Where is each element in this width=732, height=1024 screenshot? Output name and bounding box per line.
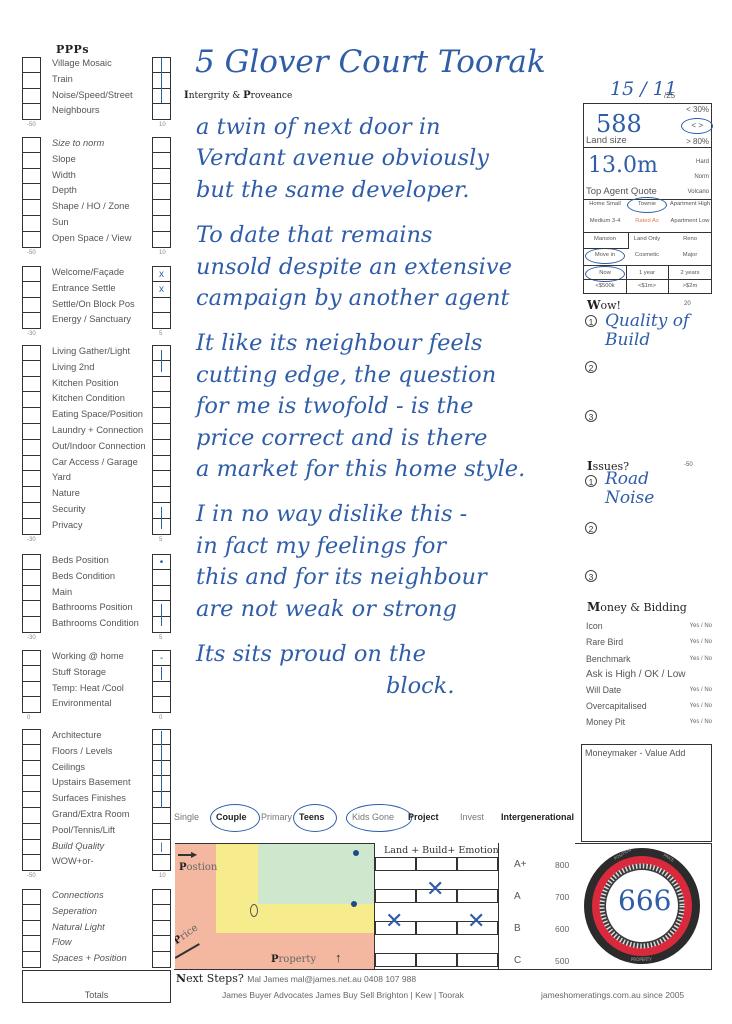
handwritten-mark bbox=[153, 153, 170, 168]
handwritten-x-mark: ✕ bbox=[426, 879, 444, 901]
property-option[interactable]: Apartment High bbox=[669, 201, 711, 207]
wow-title: Wow! bbox=[587, 298, 621, 312]
score-box-right[interactable] bbox=[152, 697, 171, 713]
score-box-left[interactable] bbox=[22, 761, 41, 777]
score-box-left[interactable] bbox=[22, 89, 41, 105]
score-box-left[interactable] bbox=[22, 153, 41, 169]
lbe-cell[interactable] bbox=[375, 889, 416, 903]
yes-no-choice[interactable]: Yes / No bbox=[690, 623, 712, 629]
yes-no-choice[interactable]: Yes / No bbox=[690, 703, 712, 709]
checklist-row: Nature bbox=[22, 487, 174, 503]
score-box-left[interactable] bbox=[22, 471, 41, 487]
score-box-left[interactable] bbox=[22, 840, 41, 856]
checklist-label: Temp: Heat /Cool bbox=[52, 683, 124, 693]
property-option[interactable]: Home Small bbox=[584, 201, 626, 207]
group-min-score: -30 bbox=[27, 537, 36, 543]
selection-circle bbox=[585, 248, 625, 264]
arrow-up-icon: ↑ bbox=[335, 950, 342, 965]
checklist-row: Stuff Storage bbox=[22, 666, 174, 682]
wow-score: 20 bbox=[684, 301, 691, 307]
score-box-right[interactable] bbox=[152, 313, 171, 329]
household-option[interactable]: Invest bbox=[460, 812, 484, 822]
score-box-left[interactable] bbox=[22, 361, 41, 377]
checklist-label: Bathrooms Position bbox=[52, 602, 133, 612]
group-max-score: 5 bbox=[159, 635, 162, 641]
checklist-label: Noise/Speed/Street bbox=[52, 90, 133, 100]
score-box-left[interactable] bbox=[22, 392, 41, 408]
checklist-group: Living Gather/LightLiving 2ndKitchen Pos… bbox=[22, 345, 174, 535]
wow-item-3-number: 3 bbox=[585, 410, 597, 422]
checklist-label: Width bbox=[52, 170, 76, 180]
score-box-left[interactable] bbox=[22, 169, 41, 185]
handwritten-mark bbox=[153, 377, 170, 392]
score-box-right[interactable] bbox=[152, 824, 171, 840]
group-max-score: 10 bbox=[159, 122, 166, 128]
checklist-row: Beds Condition bbox=[22, 570, 174, 586]
checklist-label: Beds Position bbox=[52, 555, 109, 565]
checklist-label: Main bbox=[52, 587, 72, 597]
score-box-left[interactable] bbox=[22, 503, 41, 519]
score-box-right[interactable] bbox=[152, 408, 171, 424]
score-box-left[interactable] bbox=[22, 936, 41, 952]
household-option[interactable]: Intergenerational bbox=[501, 812, 574, 822]
score-box-left[interactable] bbox=[22, 889, 41, 905]
score-box-left[interactable] bbox=[22, 682, 41, 698]
grade-score: 500 bbox=[555, 956, 569, 966]
lbe-title: Land + Build+ Emotion bbox=[384, 845, 499, 856]
score-box-right[interactable] bbox=[152, 808, 171, 824]
score-box-right[interactable] bbox=[152, 184, 171, 200]
checklist-row: Floors / Levels bbox=[22, 745, 174, 761]
score-box-right[interactable] bbox=[152, 921, 171, 937]
checklist-label: Open Space / View bbox=[52, 233, 131, 243]
note-line: It like its neighbour feels bbox=[196, 328, 586, 359]
money-row-label: Overcapitalised bbox=[586, 701, 647, 711]
checklist-row: Surfaces Finishes bbox=[22, 792, 174, 808]
property-option[interactable]: Land Only bbox=[626, 236, 668, 242]
land-gt: > 80% bbox=[686, 137, 709, 146]
score-box-left[interactable] bbox=[22, 554, 41, 570]
score-box-left[interactable] bbox=[22, 729, 41, 745]
checklist-group: Village MosaicTrainNoise/Speed/StreetNei… bbox=[22, 57, 174, 120]
score-box-left[interactable] bbox=[22, 313, 41, 329]
score-box-right[interactable] bbox=[152, 889, 171, 905]
score-box-right[interactable] bbox=[152, 232, 171, 248]
handwritten-mark bbox=[153, 586, 170, 601]
checklist-row: Energy / Sanctuary bbox=[22, 313, 174, 329]
property-option[interactable]: Mansion bbox=[584, 236, 626, 242]
checklist-group: Beds Position•Beds ConditionMainBathroom… bbox=[22, 554, 174, 633]
handwritten-mark: x bbox=[153, 282, 170, 297]
score-box-right[interactable] bbox=[152, 456, 171, 472]
checklist-row: Build Quality| bbox=[22, 840, 174, 856]
score-box-left[interactable] bbox=[22, 792, 41, 808]
checklist-row: Ceilings bbox=[22, 761, 174, 777]
property-option[interactable]: <$500k bbox=[584, 283, 626, 289]
score-box-left[interactable] bbox=[22, 601, 41, 617]
checklist-group: Working @ home-Stuff StorageTemp: Heat /… bbox=[22, 650, 174, 713]
ppps-title: PPPs bbox=[56, 43, 89, 56]
grid-divider bbox=[626, 265, 627, 293]
note-line: To date that remains bbox=[196, 220, 586, 251]
score-box-left[interactable] bbox=[22, 282, 41, 298]
checklist-row: Environmental bbox=[22, 697, 174, 713]
group-min-score: -50 bbox=[27, 873, 36, 879]
grid-divider bbox=[668, 265, 669, 293]
checklist-row: Living Gather/Light bbox=[22, 345, 174, 361]
group-min-score: 0 bbox=[27, 715, 30, 721]
grade-score: 700 bbox=[555, 892, 569, 902]
score-box-left[interactable] bbox=[22, 586, 41, 602]
note-line: campaign by another agent bbox=[196, 283, 586, 314]
score-box-right[interactable] bbox=[152, 440, 171, 456]
checklist-label: Eating Space/Position bbox=[52, 409, 143, 419]
lbe-cell[interactable] bbox=[375, 857, 416, 871]
score-box-left[interactable] bbox=[22, 216, 41, 232]
property-type-grid: Home SmallTownieApartment HighMedium 3-4… bbox=[584, 199, 711, 293]
checklist-row: Noise/Speed/Street bbox=[22, 89, 174, 105]
yes-no-choice[interactable]: Yes / No bbox=[690, 687, 712, 693]
note-line: price correct and is there bbox=[196, 423, 586, 454]
score-box-left[interactable] bbox=[22, 921, 41, 937]
checklist-row: Sun bbox=[22, 216, 174, 232]
score-box-left[interactable] bbox=[22, 570, 41, 586]
handwritten-mark bbox=[153, 169, 170, 184]
household-option[interactable]: Primary bbox=[261, 812, 292, 822]
yes-no-choice[interactable]: Yes / No bbox=[690, 656, 712, 662]
score-box-right[interactable] bbox=[152, 936, 171, 952]
chart-dot bbox=[353, 850, 359, 856]
checklist-row: Shape / HO / Zone bbox=[22, 200, 174, 216]
checklist-label: Surfaces Finishes bbox=[52, 793, 126, 803]
score-box-left[interactable] bbox=[22, 952, 41, 968]
handwritten-mark bbox=[153, 408, 170, 423]
grid-divider bbox=[628, 232, 629, 248]
lbe-cell[interactable] bbox=[457, 889, 498, 903]
handwritten-mark bbox=[153, 184, 170, 199]
group-min-score: -30 bbox=[27, 635, 36, 641]
score-box-left[interactable] bbox=[22, 666, 41, 682]
handwritten-mark bbox=[153, 424, 170, 439]
issues-item-1-number: 1 bbox=[585, 475, 597, 487]
dial-box: POSITION PRICE PROPERTY 666 bbox=[575, 843, 712, 970]
group-max-score: 5 bbox=[159, 537, 162, 543]
website-line[interactable]: jameshomeratings.com.au since 2005 bbox=[541, 990, 684, 1000]
money-row: Money PitYes / No bbox=[586, 717, 712, 727]
land-size-section: 588 Land size < 30% < > > 80% bbox=[584, 104, 711, 148]
checklist-label: Kitchen Position bbox=[52, 378, 119, 388]
checklist-label: Sun bbox=[52, 217, 69, 227]
checklist-row: Settle/On Block Pos bbox=[22, 298, 174, 314]
checklist-row: Village Mosaic bbox=[22, 57, 174, 73]
score-box-left[interactable] bbox=[22, 697, 41, 713]
checklist-row: Flow bbox=[22, 936, 174, 952]
checklist-row: Open Space / View bbox=[22, 232, 174, 248]
score-box-left[interactable] bbox=[22, 298, 41, 314]
selection-circle bbox=[210, 804, 260, 832]
property-option[interactable]: Medium 3-4 bbox=[584, 218, 626, 224]
quote-value: 13.0m bbox=[588, 153, 658, 178]
score-box-right[interactable] bbox=[152, 424, 171, 440]
note-line: a market for this home style. bbox=[196, 454, 586, 485]
handwritten-mark bbox=[153, 570, 170, 585]
score-box-right[interactable]: - bbox=[152, 650, 171, 666]
grade-label: A bbox=[514, 891, 521, 902]
score-box-left[interactable] bbox=[22, 808, 41, 824]
score-box-left[interactable] bbox=[22, 456, 41, 472]
checklist-row: Depth bbox=[22, 184, 174, 200]
checklist-row: Spaces + Position bbox=[22, 952, 174, 968]
money-row-label: Icon bbox=[586, 621, 603, 631]
checklist-label: Beds Condition bbox=[52, 571, 115, 581]
handwritten-mark bbox=[153, 456, 170, 471]
checklist-row: Width bbox=[22, 169, 174, 185]
next-steps: Next Steps? Mal James mal@james.net.au 0… bbox=[176, 972, 416, 985]
score-box-left[interactable] bbox=[22, 73, 41, 89]
handwritten-mark bbox=[153, 200, 170, 215]
checklist-row: Beds Position• bbox=[22, 554, 174, 570]
note-line: are not weak or strong bbox=[196, 594, 586, 625]
score-box-left[interactable] bbox=[22, 440, 41, 456]
property-option[interactable]: >$2m bbox=[669, 283, 711, 289]
note-line: this and for its neighbour bbox=[196, 562, 586, 593]
checklist-label: Size to norm bbox=[52, 138, 104, 148]
dial-value-handwritten: 666 bbox=[618, 884, 671, 917]
moneymaker-box[interactable]: Moneymaker - Value Add bbox=[581, 744, 712, 842]
score-box-left[interactable] bbox=[22, 487, 41, 503]
score-box-right[interactable] bbox=[152, 298, 171, 314]
checklist-label: Architecture bbox=[52, 730, 102, 740]
checklist-row: Slope bbox=[22, 153, 174, 169]
checklist-label: Grand/Extra Room bbox=[52, 809, 130, 819]
score-box-left[interactable] bbox=[22, 519, 41, 535]
company-line: James Buyer Advocates James Buy Sell Bri… bbox=[222, 990, 464, 1000]
handwritten-mark bbox=[153, 104, 170, 119]
score-box-right[interactable] bbox=[152, 104, 171, 120]
property-label: Property bbox=[271, 954, 316, 965]
issues-item-2-number: 2 bbox=[585, 522, 597, 534]
totals-box[interactable]: Totals bbox=[22, 970, 171, 1003]
checklist-row: WOW+or- bbox=[22, 855, 174, 871]
checklist-row: Connections bbox=[22, 889, 174, 905]
address-handwritten: 5 Glover Court Toorak bbox=[195, 44, 546, 80]
money-row: IconYes / No bbox=[586, 621, 712, 631]
checklist-row: Security bbox=[22, 503, 174, 519]
score-box-left[interactable] bbox=[22, 57, 41, 73]
score-box-right[interactable] bbox=[152, 137, 171, 153]
checklist-label: Energy / Sanctuary bbox=[52, 314, 131, 324]
note-line: in fact my feelings for bbox=[196, 531, 586, 562]
checklist-group: ArchitectureFloors / LevelsCeilingsUpsta… bbox=[22, 729, 174, 871]
handwritten-x-mark: ✕ bbox=[467, 911, 485, 933]
money-bidding-title: Money & Bidding bbox=[587, 600, 687, 614]
score-box-left[interactable] bbox=[22, 617, 41, 633]
yes-no-choice[interactable]: Yes / No bbox=[690, 639, 712, 645]
handwritten-mark bbox=[153, 471, 170, 486]
group-max-score: 5 bbox=[159, 331, 162, 337]
property-summary-panel: 588 Land size < 30% < > > 80% 13.0m Top … bbox=[583, 103, 712, 294]
score-box-left[interactable] bbox=[22, 855, 41, 871]
handwritten-mark bbox=[153, 824, 170, 839]
checklist-row: Car Access / Garage bbox=[22, 456, 174, 472]
land-size-value: 588 bbox=[596, 110, 642, 138]
score-box-left[interactable] bbox=[22, 824, 41, 840]
lbe-cell[interactable] bbox=[416, 953, 457, 967]
score-box-right[interactable] bbox=[152, 153, 171, 169]
handwritten-stroke bbox=[161, 507, 162, 529]
score-box-left[interactable] bbox=[22, 905, 41, 921]
grade-score: 600 bbox=[555, 924, 569, 934]
score-box-right[interactable] bbox=[152, 586, 171, 602]
checklist-row: Natural Light bbox=[22, 921, 174, 937]
wow-item-1-text: Quality of Build bbox=[605, 312, 715, 350]
score-box-right[interactable]: • bbox=[152, 554, 171, 570]
checklist-row: Neighbours bbox=[22, 104, 174, 120]
score-box-right[interactable] bbox=[152, 377, 171, 393]
checklist-label: Depth bbox=[52, 185, 77, 195]
handwritten-stroke bbox=[161, 57, 162, 103]
note-line: cutting edge, the question bbox=[196, 360, 586, 391]
checklist-label: Laundry + Connection bbox=[52, 425, 143, 435]
checklist-row: Bathrooms Condition bbox=[22, 617, 174, 633]
note-line: unsold despite an extensive bbox=[196, 252, 586, 283]
score-box-right[interactable] bbox=[152, 855, 171, 871]
property-option[interactable]: 1 year bbox=[626, 270, 668, 276]
property-option[interactable]: Rated As bbox=[626, 218, 668, 224]
group-max-score: 10 bbox=[159, 250, 166, 256]
land-lt: < 30% bbox=[686, 105, 709, 114]
handwritten-stroke bbox=[161, 350, 162, 372]
score-box-right[interactable] bbox=[152, 570, 171, 586]
checklist-group: Size to normSlopeWidthDepthShape / HO / … bbox=[22, 137, 174, 248]
quote-hard: Hard bbox=[696, 159, 709, 165]
score-box-right[interactable] bbox=[152, 216, 171, 232]
totals-label: Totals bbox=[23, 990, 170, 1000]
handwritten-mark bbox=[153, 855, 170, 870]
score-box-right[interactable] bbox=[152, 682, 171, 698]
checklist-label: Build Quality bbox=[52, 841, 104, 851]
property-option[interactable]: Major bbox=[669, 252, 711, 258]
score-box-left[interactable] bbox=[22, 184, 41, 200]
yes-no-choice[interactable]: Yes / No bbox=[690, 719, 712, 725]
property-option[interactable]: 2 years bbox=[669, 270, 711, 276]
score-box-left[interactable] bbox=[22, 137, 41, 153]
issues-item-1-text: Road Noise bbox=[605, 470, 700, 508]
score-box-right[interactable]: x bbox=[152, 266, 171, 282]
property-option[interactable]: Apartment Low bbox=[669, 218, 711, 224]
checklist-group: ConnectionsSeperationNatural LightFlowSp… bbox=[22, 889, 174, 968]
grade-label: B bbox=[514, 923, 521, 934]
score-box-right[interactable] bbox=[152, 200, 171, 216]
handwritten-stroke bbox=[161, 731, 162, 808]
checklist-label: Floors / Levels bbox=[52, 746, 112, 756]
score-box-right[interactable] bbox=[152, 169, 171, 185]
score-box-right[interactable] bbox=[152, 471, 171, 487]
quote-volcano: Volcano bbox=[688, 189, 709, 195]
score-box-left[interactable] bbox=[22, 266, 41, 282]
checklist-row: Living 2nd bbox=[22, 361, 174, 377]
score-box-left[interactable] bbox=[22, 232, 41, 248]
property-option[interactable]: <$1m> bbox=[626, 283, 668, 289]
score-box-left[interactable] bbox=[22, 745, 41, 761]
score-box-left[interactable] bbox=[22, 200, 41, 216]
checklist-label: Seperation bbox=[52, 906, 97, 916]
property-option[interactable]: Cosmetic bbox=[626, 252, 668, 258]
score-box-left[interactable] bbox=[22, 345, 41, 361]
money-row: Ask is High / OK / Low bbox=[586, 669, 712, 680]
svg-text:PROPERTY: PROPERTY bbox=[631, 957, 652, 962]
household-option[interactable]: Project bbox=[408, 812, 439, 822]
score-box-right[interactable]: x bbox=[152, 282, 171, 298]
score-box-left[interactable] bbox=[22, 650, 41, 666]
handwritten-notes: a twin of next door inVerdant avenue obv… bbox=[196, 112, 586, 702]
checklist-row: Welcome/Façadex bbox=[22, 266, 174, 282]
score-box-left[interactable] bbox=[22, 408, 41, 424]
handwritten-x-mark: ✕ bbox=[385, 911, 403, 933]
score-box-right[interactable] bbox=[152, 392, 171, 408]
checklist-label: Bathrooms Condition bbox=[52, 618, 139, 628]
lbe-cell[interactable] bbox=[416, 921, 457, 935]
chart-mark-zero bbox=[250, 904, 258, 917]
score-box-right[interactable]: | bbox=[152, 840, 171, 856]
checklist-label: Slope bbox=[52, 154, 76, 164]
property-option[interactable]: Reno bbox=[669, 236, 711, 242]
checklist-label: Entrance Settle bbox=[52, 283, 116, 293]
score-box-right[interactable] bbox=[152, 487, 171, 503]
score-box-right[interactable] bbox=[152, 905, 171, 921]
note-line: Verdant avenue obviously bbox=[196, 143, 586, 174]
handwritten-mark: x bbox=[153, 267, 170, 281]
lbe-cell[interactable] bbox=[457, 953, 498, 967]
checklist-group: Welcome/FaçadexEntrance SettlexSettle/On… bbox=[22, 266, 174, 329]
lbe-cell[interactable] bbox=[375, 953, 416, 967]
checklist-row: Size to norm bbox=[22, 137, 174, 153]
issues-score: -50 bbox=[684, 462, 693, 468]
note-line: but the same developer. bbox=[196, 175, 586, 206]
score-box-left[interactable] bbox=[22, 424, 41, 440]
checklist-label: Kitchen Condition bbox=[52, 393, 125, 403]
handwritten-mark bbox=[153, 298, 170, 313]
money-row: Rare BirdYes / No bbox=[586, 637, 712, 647]
selection-circle bbox=[346, 804, 412, 832]
note-line: a twin of next door in bbox=[196, 112, 586, 143]
score-box-left[interactable] bbox=[22, 377, 41, 393]
moneymaker-label: Moneymaker - Value Add bbox=[585, 748, 685, 758]
note-line: Its sits proud on the bbox=[196, 639, 586, 670]
lbe-cell[interactable] bbox=[416, 857, 457, 871]
handwritten-mark bbox=[153, 808, 170, 823]
score-box-left[interactable] bbox=[22, 104, 41, 120]
lbe-cell[interactable] bbox=[457, 857, 498, 871]
checklist-label: Nature bbox=[52, 488, 80, 498]
note-line: for me is twofold - is the bbox=[196, 391, 586, 422]
handwritten-mark bbox=[153, 138, 170, 152]
quote-label: Top Agent Quote bbox=[586, 186, 657, 197]
selection-circle bbox=[681, 118, 713, 134]
score-box-right[interactable] bbox=[152, 952, 171, 968]
handwritten-mark bbox=[153, 392, 170, 407]
handwritten-mark bbox=[153, 952, 170, 967]
checklist-label: Neighbours bbox=[52, 105, 100, 115]
chart-dot bbox=[351, 901, 357, 907]
household-option[interactable]: Single bbox=[174, 812, 199, 822]
handwritten-mark bbox=[153, 890, 170, 904]
checklist-label: Welcome/Façade bbox=[52, 267, 124, 277]
handwritten-mark: | bbox=[153, 840, 170, 855]
score-box-left[interactable] bbox=[22, 776, 41, 792]
checklist-label: Stuff Storage bbox=[52, 667, 106, 677]
checklist-row: Bathrooms Position bbox=[22, 601, 174, 617]
